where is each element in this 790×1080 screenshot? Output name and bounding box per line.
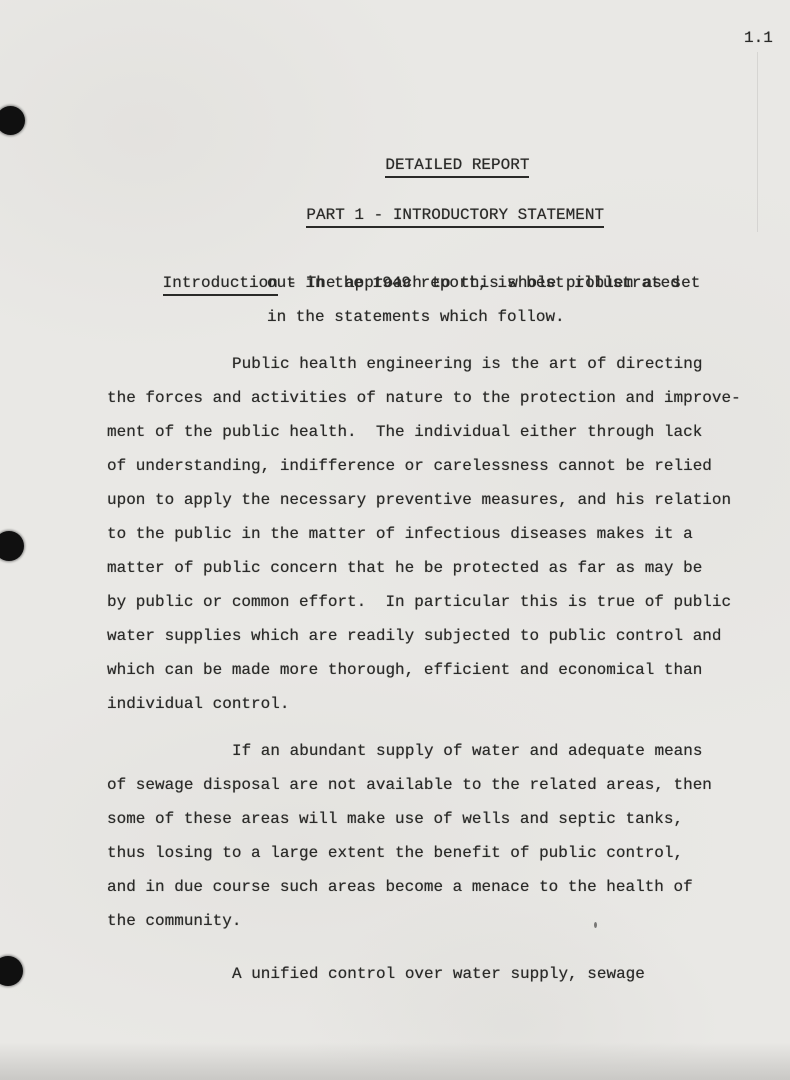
- text-line: If an abundant supply of water and adequ…: [107, 734, 712, 768]
- introduction-label: Introduction: [163, 274, 278, 296]
- part-heading: PART 1 - INTRODUCTORY STATEMENT: [268, 164, 604, 198]
- text-line: and in due course such areas become a me…: [107, 870, 712, 904]
- text-line: by public or common effort. In particula…: [107, 585, 741, 619]
- text-line: ment of the public health. The individua…: [107, 415, 741, 449]
- text-line: of sewage disposal are not available to …: [107, 768, 712, 802]
- hole-punch-mark: [0, 106, 25, 135]
- hole-punch-mark: [0, 531, 24, 561]
- text-line: thus losing to a large extent the benefi…: [107, 836, 712, 870]
- hole-punch-mark: [0, 956, 23, 986]
- text-line: A unified control over water supply, sew…: [107, 957, 645, 991]
- text-line: the forces and activities of nature to t…: [107, 381, 741, 415]
- text-line: some of these areas will make use of wel…: [107, 802, 712, 836]
- text-line: matter of public concern that he be prot…: [107, 551, 741, 585]
- paper-crease: [757, 52, 758, 232]
- introduction-continuation: out in the 1949 report, is best illustra…: [267, 266, 700, 334]
- text-line: individual control.: [107, 687, 741, 721]
- text-line: Introduction - The approach to this whol…: [105, 232, 700, 266]
- text-line: in the statements which follow.: [267, 300, 700, 334]
- text-line: the community.: [107, 904, 712, 938]
- text-line: to the public in the matter of infectiou…: [107, 517, 741, 551]
- report-title: DETAILED REPORT: [347, 114, 529, 148]
- text-line: water supplies which are readily subject…: [107, 619, 741, 653]
- document-page: 1.1 DETAILED REPORT PART 1 - INTRODUCTOR…: [0, 0, 790, 1080]
- introduction-block: Introduction - The approach to this whol…: [105, 232, 700, 334]
- text-line: of understanding, indifference or carele…: [107, 449, 741, 483]
- text-line: which can be made more thorough, efficie…: [107, 653, 741, 687]
- paragraph: If an abundant supply of water and adequ…: [107, 734, 712, 938]
- text-line: out in the 1949 report, is best illustra…: [267, 266, 700, 300]
- paragraph: A unified control over water supply, sew…: [107, 957, 645, 991]
- page-number: 1.1: [744, 21, 773, 55]
- paragraph: Public health engineering is the art of …: [107, 347, 741, 721]
- part-heading-text: PART 1 - INTRODUCTORY STATEMENT: [306, 206, 604, 228]
- text-line: Public health engineering is the art of …: [107, 347, 741, 381]
- text-line: upon to apply the necessary preventive m…: [107, 483, 741, 517]
